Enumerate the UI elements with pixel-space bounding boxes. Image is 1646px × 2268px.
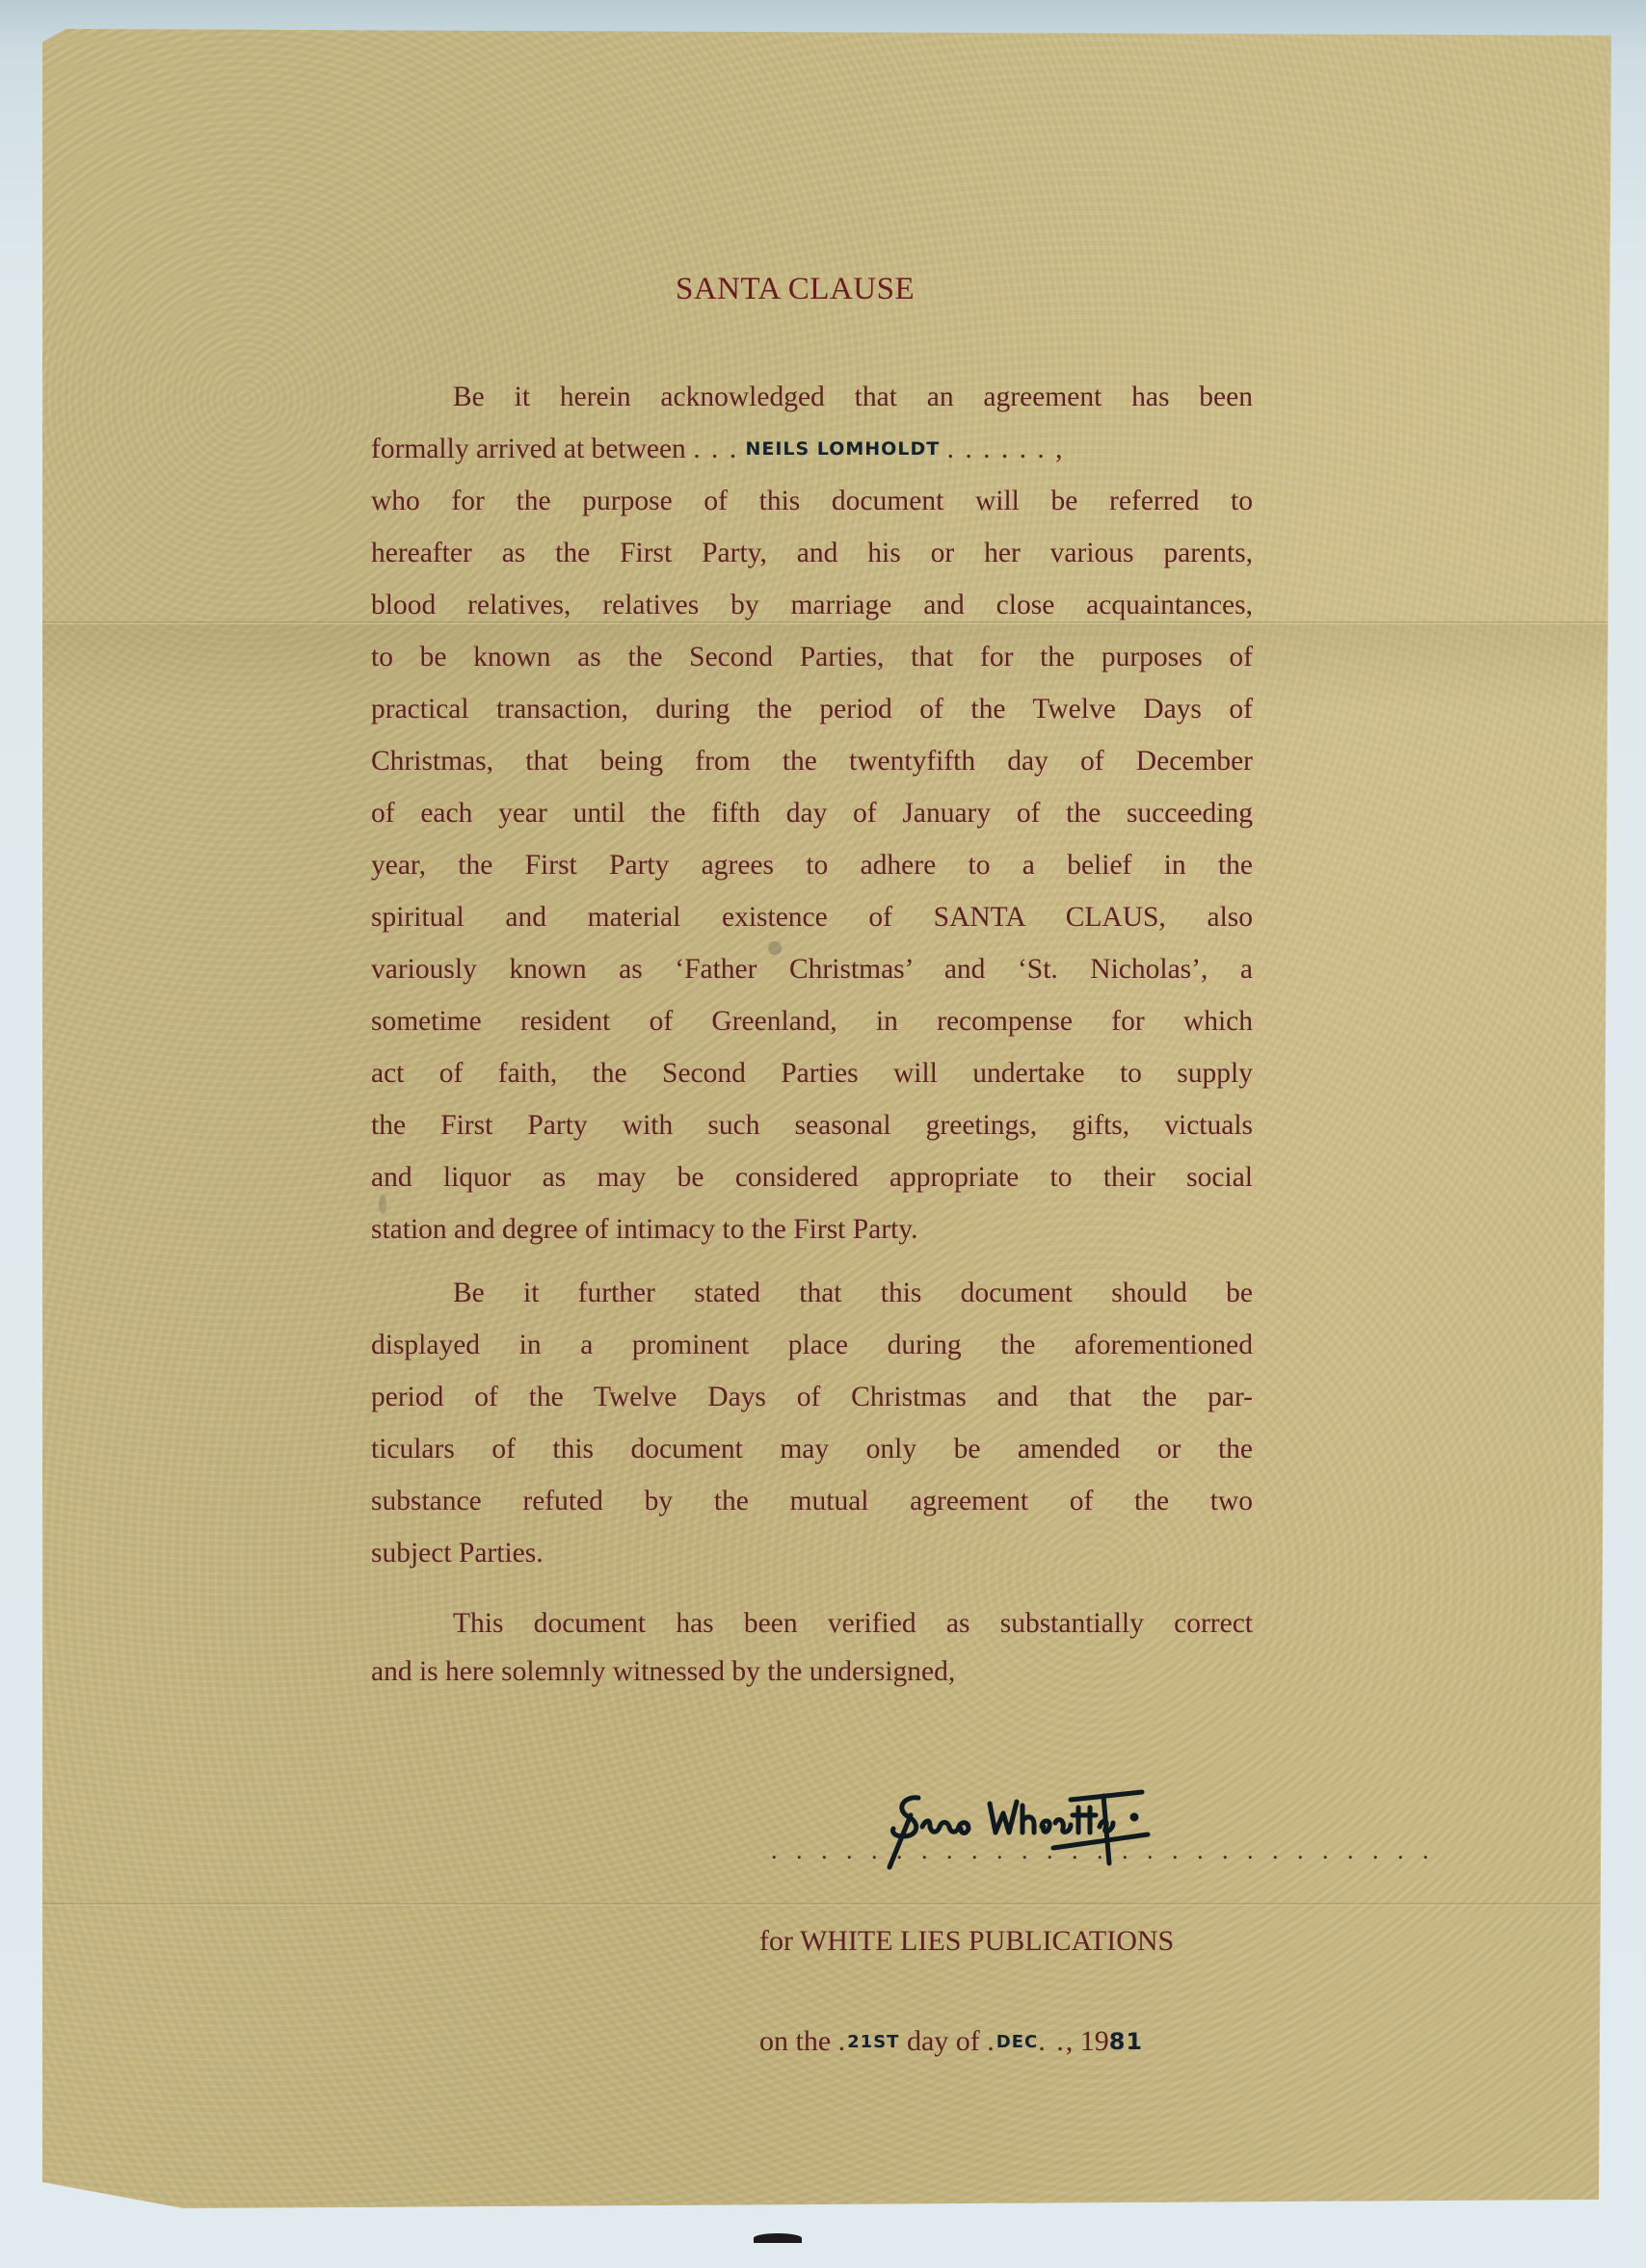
text-line: the First Party with such seasonal greet… xyxy=(371,1099,1253,1151)
text-line: Be it herein acknowledged that an agreem… xyxy=(371,371,1253,423)
text-line: act of faith, the Second Parties will un… xyxy=(371,1047,1253,1099)
text-line: practical transaction, during the period… xyxy=(371,683,1253,735)
text-line: subject Parties. xyxy=(371,1527,1253,1579)
text-line: and liquor as may be considered appropri… xyxy=(371,1151,1253,1203)
text-line-with-name: formally arrived at between . . . NEILS … xyxy=(371,423,1253,475)
text-line: variously known as ‘Father Christmas’ an… xyxy=(371,943,1253,995)
handwritten-signature: Steve Wheatley xyxy=(882,1784,1152,1871)
text-line: displayed in a prominent place during th… xyxy=(371,1319,1253,1371)
first-party-name: NEILS LOMHOLDT xyxy=(745,438,940,460)
text-line: who for the purpose of this document wil… xyxy=(371,475,1253,527)
text-line: station and degree of intimacy to the Fi… xyxy=(371,1203,1253,1255)
text-line: of each year until the fifth day of Janu… xyxy=(371,787,1253,839)
date-month: DEC xyxy=(996,2032,1038,2052)
text-line: blood relatives, relatives by marriage a… xyxy=(371,579,1253,631)
text-line: year, the First Party agrees to adhere t… xyxy=(371,839,1253,891)
leader-dots: . xyxy=(987,2025,996,2057)
text-line: to be known as the Second Parties, that … xyxy=(371,631,1253,683)
date-year-prefix: , 19 xyxy=(1066,2025,1109,2057)
date-middle: day of xyxy=(907,2025,980,2057)
paragraph-display-terms: Be it further stated that this document … xyxy=(371,1267,1253,1579)
date-line: on the .21ST day of .DEC. ., 1981 xyxy=(759,2025,1143,2058)
text-line: and is here solemnly witnessed by the un… xyxy=(371,1648,1253,1696)
leader-dots: . . . xyxy=(693,434,738,464)
text-line: sometime resident of Greenland, in recom… xyxy=(371,995,1253,1047)
date-prefix: on the xyxy=(759,2025,831,2057)
leader-dots: . . xyxy=(1038,2025,1066,2057)
fold-crease-lower xyxy=(42,1903,1611,1906)
paragraph-verification: This document has been verified as subst… xyxy=(371,1599,1253,1696)
text-line: Christmas, that being from the twentyfif… xyxy=(371,735,1253,787)
paper-clip-mark xyxy=(754,2233,802,2243)
publisher-line: for WHITE LIES PUBLICATIONS xyxy=(759,1925,1174,1958)
text-line: period of the Twelve Days of Christmas a… xyxy=(371,1371,1253,1423)
signature-block: . . . . . . . . . . . . . . . . . . . . … xyxy=(771,1794,1253,1871)
text-line: substance refuted by the mutual agreemen… xyxy=(371,1475,1253,1527)
document-title: SANTA CLAUSE xyxy=(676,272,915,307)
text-line: ticulars of this document may only be am… xyxy=(371,1423,1253,1475)
text-line: Be it further stated that this document … xyxy=(371,1267,1253,1319)
text-fragment: formally arrived at between xyxy=(371,434,686,464)
leader-dots: . . . . . . , xyxy=(947,434,1065,464)
text-line: spiritual and material existence of SANT… xyxy=(371,891,1253,943)
paragraph-agreement: Be it herein acknowledged that an agreem… xyxy=(371,371,1253,1255)
date-day: 21ST xyxy=(847,2032,899,2052)
date-year-suffix: 81 xyxy=(1109,2028,1143,2055)
leader-dots: . xyxy=(838,2025,848,2057)
text-line: hereafter as the First Party, and his or… xyxy=(371,527,1253,579)
text-line: This document has been verified as subst… xyxy=(371,1599,1253,1648)
